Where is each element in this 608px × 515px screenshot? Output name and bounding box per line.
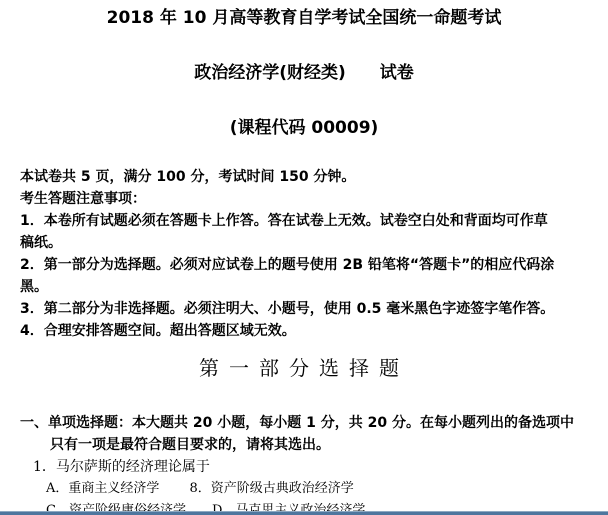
question-type-intro: 一、单项选择题：本大题共 20 小题，每小题 1 分，共 20 分。在每小题列出… <box>0 412 608 456</box>
notice-line-3: 3．第二部分为非选择题。必须注明大、小题号，使用 0.5 毫米黑色字迹签字笔作答… <box>20 298 596 320</box>
window-bottom-border <box>0 511 608 515</box>
exam-title: 2018 年 10 月高等教育自学考试全国统一命题考试 <box>0 0 608 30</box>
notice-line-1: 1．本卷所有试题必须在答题卡上作答。答在试卷上无效。试卷空白处和背面均可作草 <box>20 210 596 232</box>
notice-heading: 考生答题注意事项： <box>20 188 596 210</box>
question-1: 1．马尔萨斯的经济理论属于 A．重商主义经济学 8．资产阶级古典政治经济学 C．… <box>0 456 608 515</box>
notice-line-2: 2．第一部分为选择题。必须对应试卷上的题号使用 2B 铅笔将“答题卡”的相应代码… <box>20 254 596 276</box>
exam-notice-block: 本试卷共 5 页，满分 100 分，考试时间 150 分钟。 考生答题注意事项：… <box>0 166 608 342</box>
question-1-options-row-1: A．重商主义经济学 8．资产阶级古典政治经济学 <box>0 478 608 500</box>
exam-info: 本试卷共 5 页，满分 100 分，考试时间 150 分钟。 <box>20 166 596 188</box>
notice-line-4: 4．合理安排答题空间。超出答题区域无效。 <box>20 320 596 342</box>
course-code: (课程代码 00009) <box>0 116 608 140</box>
question-intro-line-1: 一、单项选择题：本大题共 20 小题，每小题 1 分，共 20 分。在每小题列出… <box>20 412 596 434</box>
notice-line-2-cont: 黑。 <box>20 276 596 298</box>
subject-title: 政治经济学(财经类) 试卷 <box>0 61 608 85</box>
question-1-stem: 1．马尔萨斯的经济理论属于 <box>0 456 608 478</box>
question-intro-line-2: 只有一项是最符合题目要求的，请将其选出。 <box>20 434 596 456</box>
notice-line-1-cont: 稿纸。 <box>20 232 596 254</box>
exam-paper-page: 2018 年 10 月高等教育自学考试全国统一命题考试 政治经济学(财经类) 试… <box>0 0 608 515</box>
section-heading: 第一部分选择题 <box>0 354 608 382</box>
